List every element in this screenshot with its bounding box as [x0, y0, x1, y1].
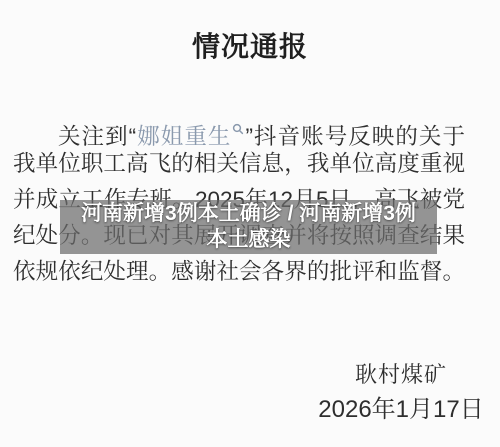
news-caption-overlay: 河南新增3例本土确诊 / 河南新增3例 本土感染	[60, 200, 437, 254]
body-line-2: 我单位职工高飞的相关信息，我单位高度重视	[13, 146, 465, 182]
signature-date: 2026年1月17日	[316, 397, 486, 423]
page-title: 情况通报	[0, 32, 500, 62]
body-line-5: 依规依纪处理。感谢社会各界的批评和监督。	[13, 254, 465, 290]
signature-org: 耿村煤矿	[316, 362, 486, 388]
notice-document: 情况通报 关注到“娜姐重生”抖音账号反映的关于 我单位职工高飞的相关信息，我单位…	[0, 0, 500, 447]
body-line-1: 关注到“娜姐重生”抖音账号反映的关于	[13, 110, 465, 146]
news-caption-line-1: 河南新增3例本土确诊 / 河南新增3例	[60, 201, 437, 227]
news-caption-line-2: 本土感染	[60, 227, 437, 253]
search-icon	[232, 110, 244, 146]
signature-block: 耿村煤矿 2026年1月17日	[316, 362, 486, 423]
